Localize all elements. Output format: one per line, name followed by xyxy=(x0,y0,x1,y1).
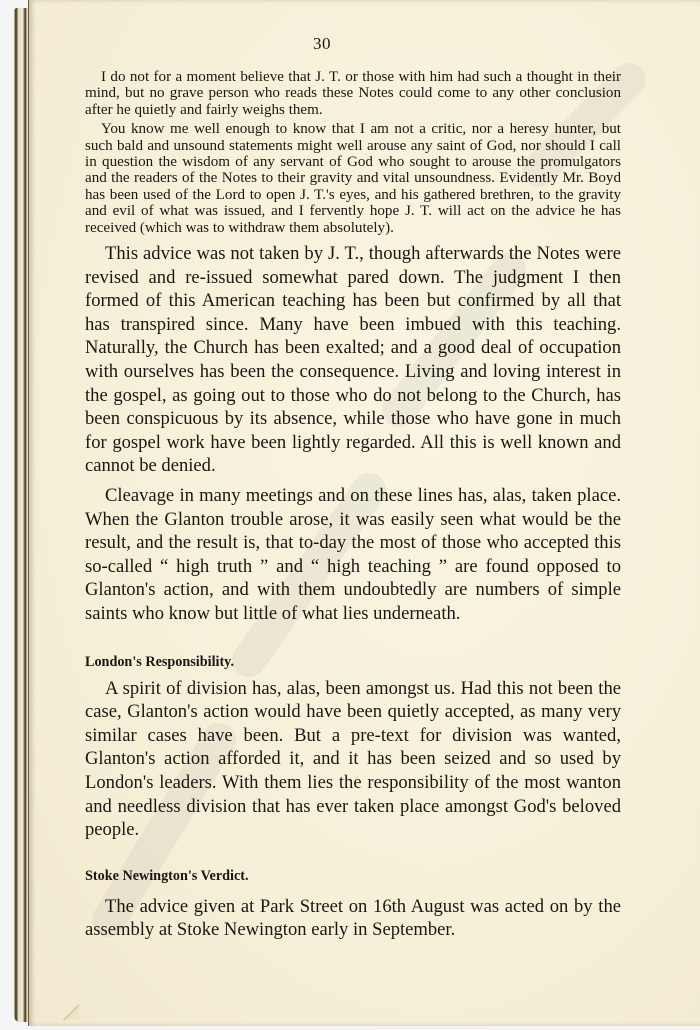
quote-paragraph: I do not for a moment believe that J. T.… xyxy=(85,69,621,118)
quote-paragraph: You know me well enough to know that I a… xyxy=(85,121,621,236)
page-corner xyxy=(63,1004,79,1020)
body-paragraph: The advice given at Park Street on 16th … xyxy=(85,895,621,942)
section-heading-londons-responsibility: London's Responsibility. xyxy=(85,654,621,671)
section-body: The advice given at Park Street on 16th … xyxy=(85,895,621,942)
page-number: 30 xyxy=(0,34,672,54)
body-text: This advice was not taken by J. T., thou… xyxy=(85,242,621,626)
section-heading-stoke-newingtons-verdict: Stoke Newington's Verdict. xyxy=(85,868,621,885)
section-body: A spirit of division has, alas, been amo… xyxy=(85,677,621,842)
body-paragraph: Cleavage in many meetings and on these l… xyxy=(85,484,621,626)
quoted-letter: I do not for a moment believe that J. T.… xyxy=(85,69,621,236)
body-paragraph: This advice was not taken by J. T., thou… xyxy=(85,242,621,478)
text-block: I do not for a moment believe that J. T.… xyxy=(85,69,621,942)
body-paragraph: A spirit of division has, alas, been amo… xyxy=(85,677,621,842)
